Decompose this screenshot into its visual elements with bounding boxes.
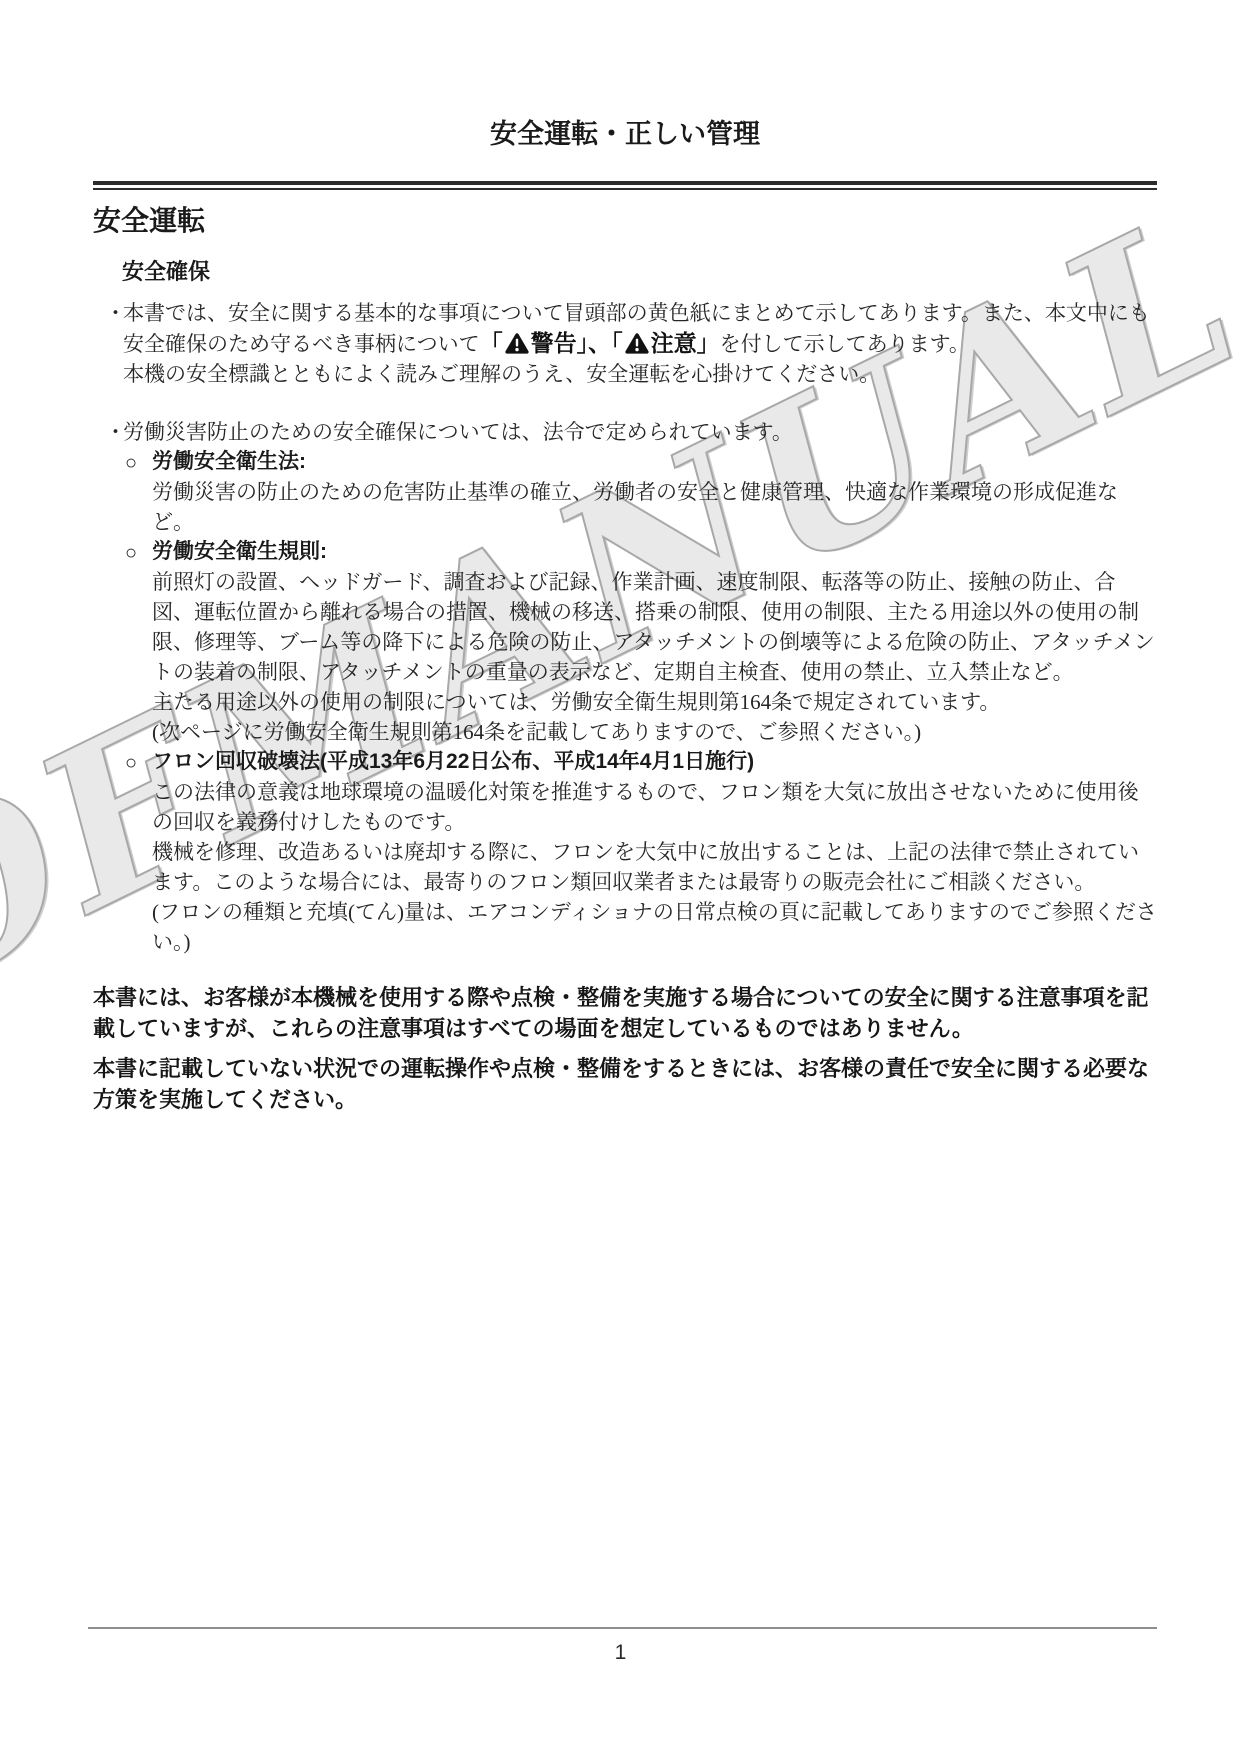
bullet-dot: ・ — [105, 417, 126, 447]
page-number: 1 — [0, 1641, 1241, 1665]
law-item-paragraph: 労働災害の防止のための危害防止基準の確立、労働者の安全と健康管理、快適な作業環境… — [152, 477, 1157, 537]
law-item-title: 労働安全衛生法: — [152, 447, 1157, 477]
intro-line-2-post: を付して示してあります。 — [720, 332, 970, 356]
notice-paragraph-2: 本書に記載していない状況での運転操作や点検・整備をするときには、お客様の責任で安… — [93, 1053, 1157, 1115]
law-item-eisei-kisoku: ○ 労働安全衛生規則: 前照灯の設置、ヘッドガード、調査および記録、作業計画、速… — [93, 537, 1157, 747]
law-item-paragraph: 機械を修理、改造あるいは廃却する際に、フロンを大気中に放出することは、上記の法律… — [152, 837, 1157, 897]
law-item-paragraph: 主たる用途以外の使用の制限については、労働安全衛生規則第164条で規定されていま… — [152, 687, 1157, 717]
page-content: 安全運転・正しい管理 安全運転 安全確保 ・ 本書では、安全に関する基本的な事項… — [0, 0, 1241, 1115]
bullet-dot: ・ — [105, 298, 126, 328]
law-item-furon-kaishuu: ○ フロン回収破壊法(平成13年6月22日公布、平成14年4月1日施行) この法… — [93, 747, 1157, 957]
page-title: 安全運転・正しい管理 — [93, 0, 1157, 151]
caution-triangle-icon — [625, 332, 649, 354]
law-item-title: フロン回収破壊法(平成13年6月22日公布、平成14年4月1日施行) — [152, 747, 1157, 777]
intro-bullet: ・ 本書では、安全に関する基本的な事項について冒頭部の黄色紙にまとめて示してあり… — [93, 298, 1157, 389]
law-item-paragraph: この法律の意義は地球環境の温暖化対策を推進するもので、フロン類を大気に放出させな… — [152, 777, 1157, 837]
bracket-close: 」 — [697, 330, 720, 356]
law-intro: 労働災害防止のための安全確保については、法令で定められています。 — [123, 417, 1157, 447]
law-item-paragraph: 前照灯の設置、ヘッドガード、調査および記録、作業計画、速度制限、転落等の防止、接… — [152, 567, 1157, 687]
bracket-mid: 」、「 — [577, 330, 623, 356]
caution-label: 注意 — [651, 330, 697, 356]
warning-triangle-icon — [505, 332, 529, 354]
footer-divider — [88, 1627, 1157, 1629]
law-item-paragraph: (フロンの種類と充填(てん)量は、エアコンディショナの日常点検の頁に記載してあり… — [152, 897, 1157, 957]
warning-label: 警告 — [531, 330, 577, 356]
intro-line-2-pre: 安全確保のため守るべき事柄について — [123, 332, 480, 356]
intro-line-1: 本書では、安全に関する基本的な事項について冒頭部の黄色紙にまとめて示してあります… — [123, 298, 1157, 328]
document-page: OFMANUAL 安全運転・正しい管理 安全運転 安全確保 ・ 本書では、安全に… — [0, 0, 1241, 1754]
subsection-title: 安全確保 — [122, 258, 1157, 286]
intro-line-3: 本機の安全標識とともによく読みご理解のうえ、安全運転を心掛けてください。 — [123, 359, 1157, 389]
law-item-paragraph: (次ページに労働安全衛生規則第164条を記載してありますので、ご参照ください。) — [152, 717, 1157, 747]
bracket-open: 「 — [480, 330, 503, 356]
section-title: 安全運転 — [93, 204, 1157, 238]
law-bullet: ・ 労働災害防止のための安全確保については、法令で定められています。 — [93, 417, 1157, 447]
circle-marker: ○ — [125, 538, 137, 568]
law-item-eisei-hou: ○ 労働安全衛生法: 労働災害の防止のための危害防止基準の確立、労働者の安全と健… — [93, 447, 1157, 537]
circle-marker: ○ — [125, 748, 137, 778]
notice-paragraph-1: 本書には、お客様が本機械を使用する際や点検・整備を実施する場合についての安全に関… — [93, 982, 1157, 1044]
circle-marker: ○ — [125, 448, 137, 478]
warning-caution-labels: 「警告」、「注意」 — [480, 330, 720, 356]
law-item-title: 労働安全衛生規則: — [152, 537, 1157, 567]
intro-line-2: 安全確保のため守るべき事柄について「警告」、「注意」を付して示してあります。 — [123, 328, 1157, 359]
header-divider — [93, 181, 1157, 190]
